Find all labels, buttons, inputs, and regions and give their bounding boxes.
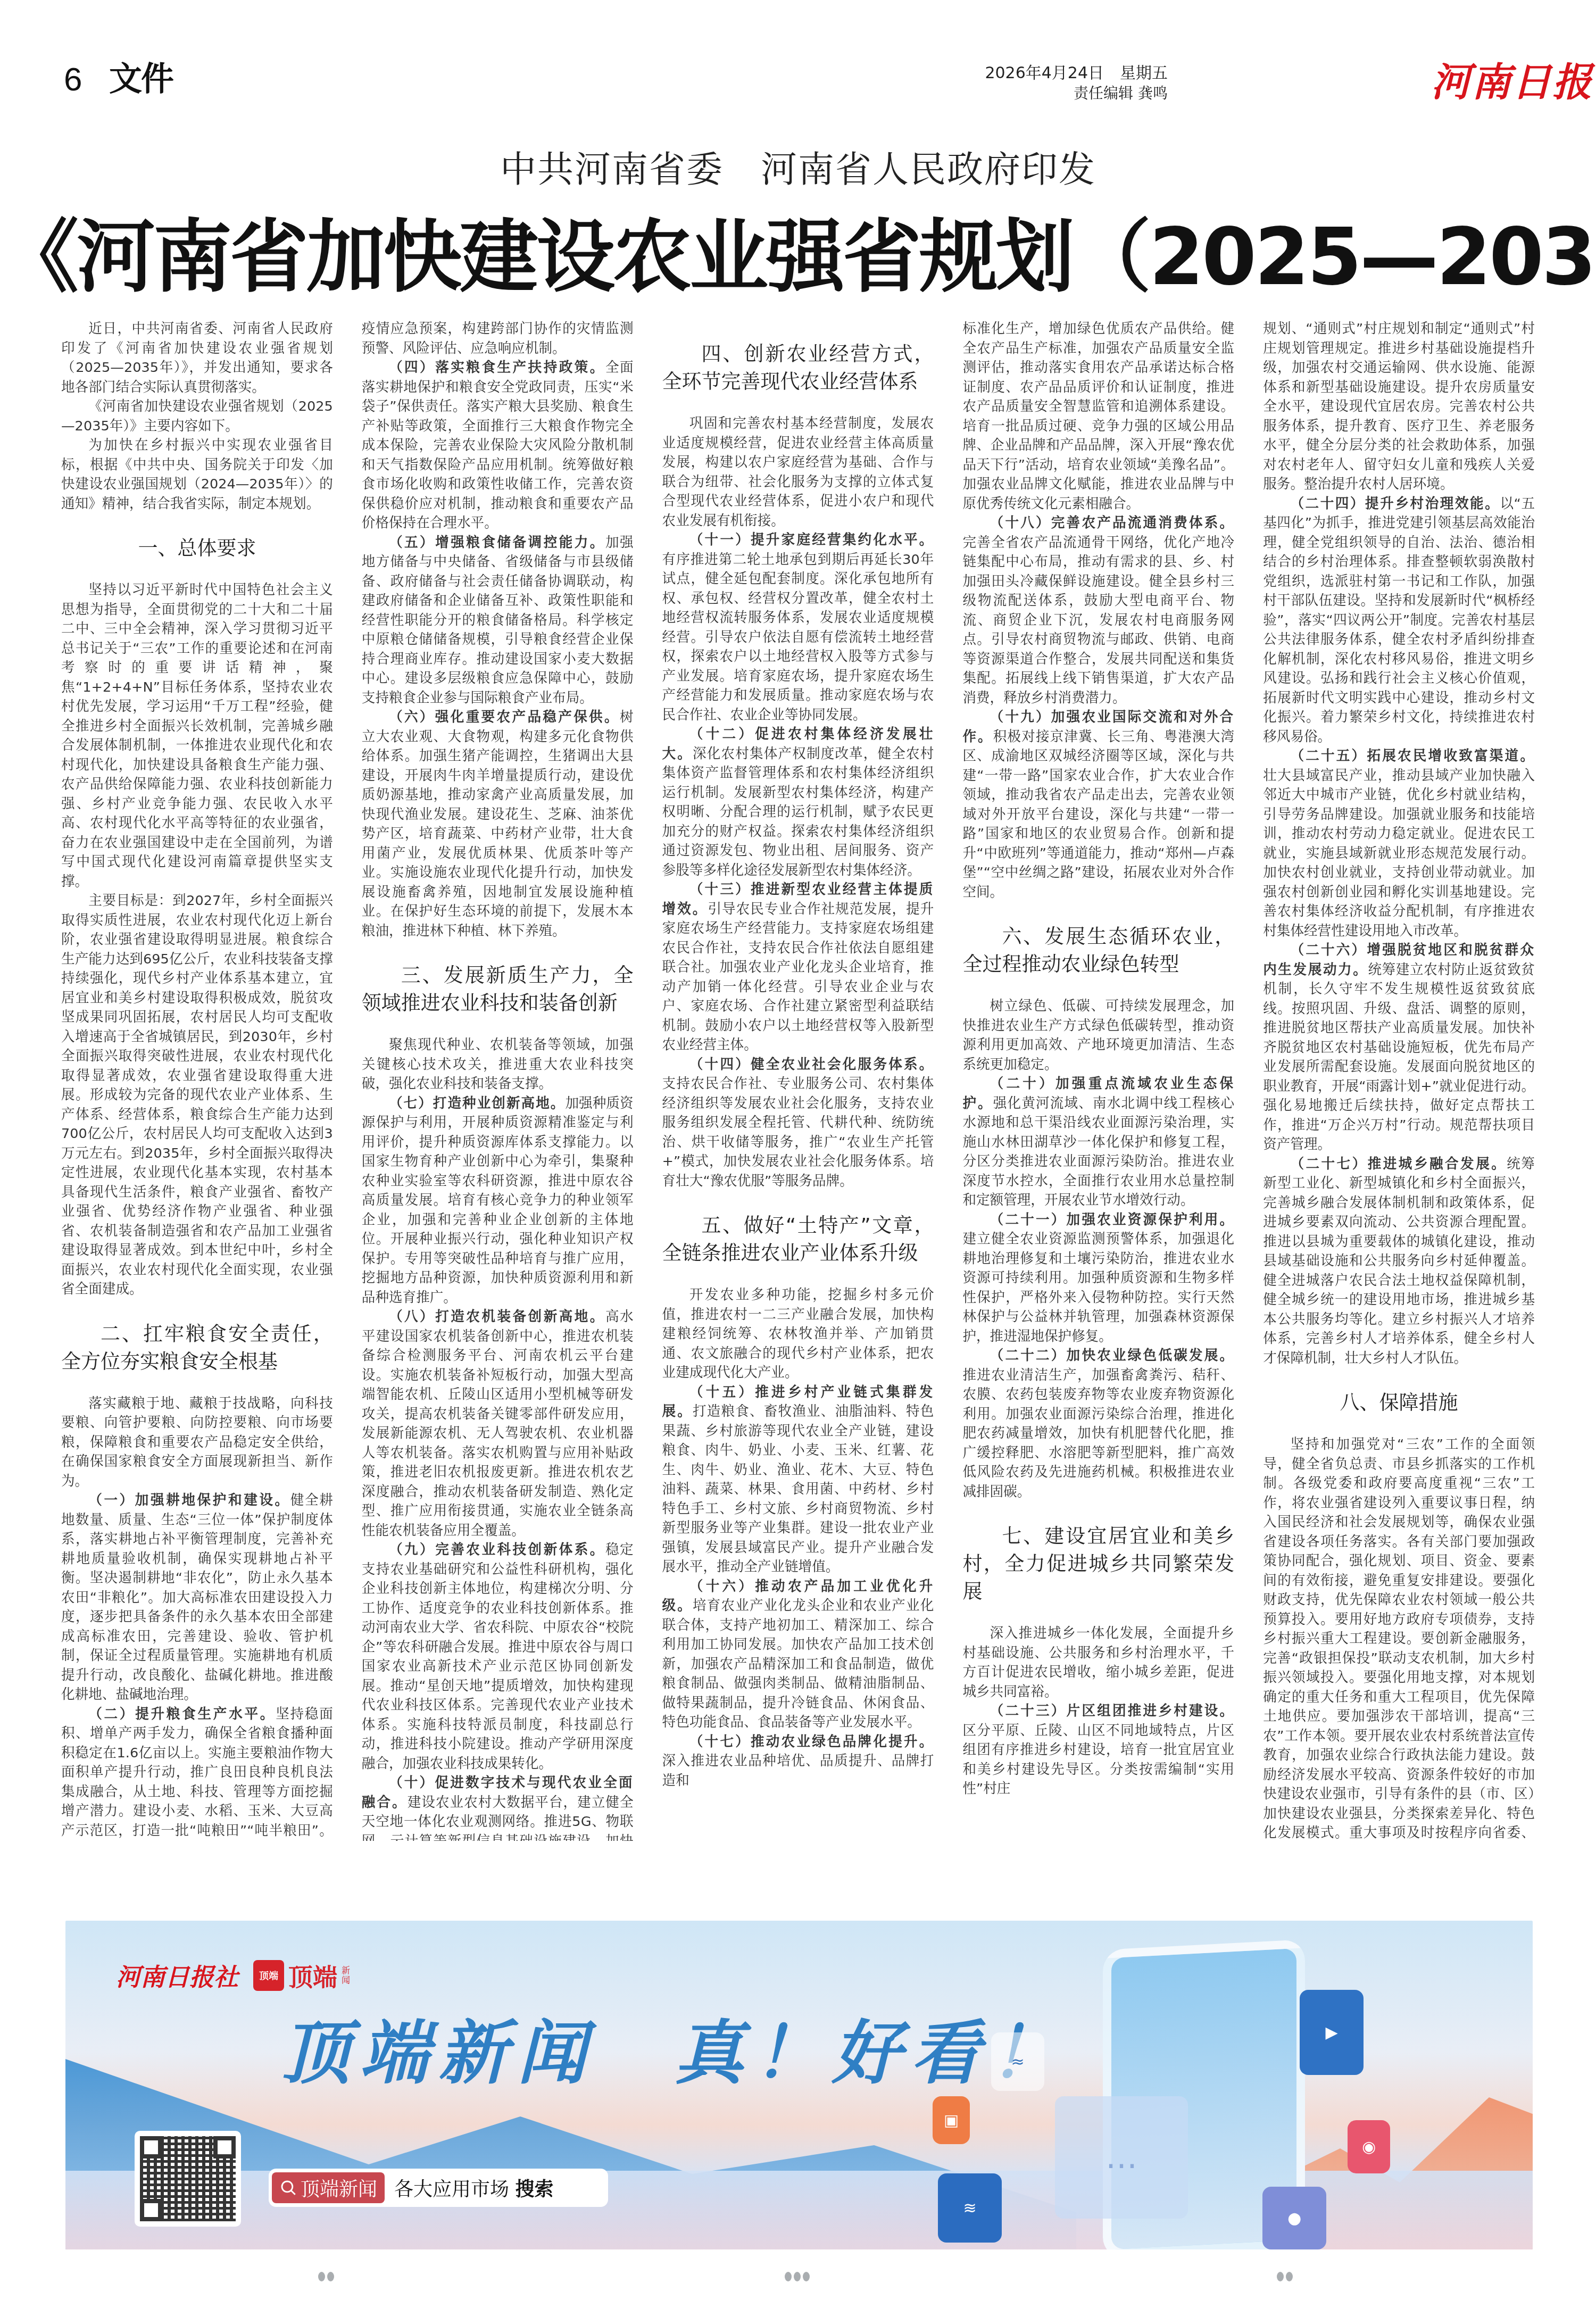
- search-icon: [279, 2179, 297, 2197]
- article-paragraph: 主要目标是：到2027年，乡村全面振兴取得实质性进展，农业农村现代化迈上新台阶，…: [61, 891, 333, 1299]
- app-name-suffix: 新闻: [342, 1966, 351, 1985]
- article-paragraph: （二十六）增强脱贫地区和脱贫群众内生发展动力。统筹建立农村防止返贫致贫机制，长久…: [1263, 941, 1535, 1155]
- article-paragraph: 《河南省加快建设农业强省规划（2025—2035年）》主要内容如下。: [61, 397, 333, 436]
- article-paragraph: （二十二）加快农业绿色低碳发展。推进农业清洁生产，加强畜禽粪污、秸秆、农膜、农药…: [962, 1346, 1234, 1501]
- subsection-title: （二十四）提升乡村治理效能。: [1290, 496, 1500, 512]
- article-paragraph: 巩固和完善农村基本经营制度，发展农业适度规模经营，促进农业经营主体高质量发展，构…: [662, 414, 934, 530]
- subsection-title: （一）加强耕地保护和建设。: [88, 1492, 290, 1508]
- article-paragraph: （二十三）片区组团推进乡村建设。区分平原、丘陵、山区不同地域特点，片区组团有序推…: [962, 1701, 1234, 1799]
- article-column-3: 四、创新农业经营方式，全环节完善现代农业经营体系巩固和完善农村基本经营制度，发展…: [662, 319, 934, 1841]
- play-icon: ▶: [1300, 1990, 1364, 2075]
- registration-mark: [318, 2272, 334, 2281]
- article-paragraph: 落实藏粮于地、藏粮于技战略，向科技要粮、向管护要粮、向防控要粮、向市场要粮，保障…: [61, 1394, 333, 1491]
- article-paragraph: （十七）推动农业绿色品牌化提升。深入推进农业品种培优、品质提升、品牌打造和: [662, 1732, 934, 1791]
- app-logo: 顶端 顶端 新闻: [253, 1958, 351, 1993]
- subsection-title: （四）落实粮食生产扶持政策。: [389, 360, 605, 376]
- wifi-icon: ≈: [991, 2032, 1044, 2091]
- app-store-search-bar[interactable]: 顶端新闻 各大应用市场 搜索: [269, 2169, 608, 2207]
- subsection-title: （二十一）加强农业资源保护利用。: [990, 1212, 1235, 1228]
- subsection-title: （十八）完善农产品流通消费体系。: [990, 515, 1235, 531]
- subsection-title: （十五）推进乡村产业链式集群发展。: [662, 1384, 934, 1420]
- article-paragraph: （二十五）拓展农民增收致富渠道。壮大县域富民产业，推动县域产业加快融入邻近大中城…: [1263, 746, 1535, 941]
- article-paragraph: 规划、“通则式”村庄规划和制定“通则式”村庄规划管理规定。推进乡村基础设施提档升…: [1263, 319, 1535, 494]
- qr-code[interactable]: [135, 2131, 241, 2227]
- article-paragraph: （十四）健全农业社会化服务体系。支持农民合作社、专业服务公司、农村集体经济组织等…: [662, 1055, 934, 1191]
- section-heading: 六、发展生态循环农业，全过程推动农业绿色转型: [962, 923, 1234, 978]
- article-paragraph: 树立绿色、低碳、可持续发展理念，加快推进农业生产方式绿色低碳转型，推动资源利用更…: [962, 997, 1234, 1074]
- article-paragraph: （十二）促进农村集体经济发展壮大。深化农村集体产权制度改革，健全农村集体资产监督…: [662, 725, 934, 880]
- subsection-title: （二）提升粮食生产水平。: [88, 1706, 276, 1722]
- registration-mark: [785, 2272, 810, 2281]
- article-paragraph: （二十）加强重点流域农业生态保护。强化黄河流域、南水北调中线工程核心水源地和总干…: [962, 1074, 1234, 1210]
- section-heading: 三、发展新质生产力，全领域推进农业科技和装备创新: [362, 962, 634, 1017]
- article-paragraph: （二）提升粮食生产水平。坚持稳面积、增单产两手发力，确保全省粮食播种面积稳定在1…: [61, 1705, 333, 1841]
- article-paragraph: 开发农业多种功能，挖掘乡村多元价值，推进农村一二三产业融合发展，加快构建粮经饲统…: [662, 1285, 934, 1383]
- subsection-title: （十九）加强农业国际交流和对外合作。: [962, 709, 1234, 745]
- subsection-title: （十六）推动农产品加工业优化升级。: [662, 1579, 934, 1614]
- article-paragraph: （四）落实粮食生产扶持政策。全面落实耕地保护和粮食安全党政同责，压实“米袋子”保…: [362, 358, 634, 533]
- qr-finder-icon: [140, 2199, 162, 2221]
- article-column-1: 近日，中共河南省委、河南省人民政府印发了《河南省加快建设农业强省规划（2025—…: [61, 319, 333, 1841]
- section-heading: 二、扛牢粮食安全责任，全方位夯实粮食安全根基: [61, 1321, 333, 1376]
- article-paragraph: 标准化生产，增加绿色优质农产品供给。健全农产品生产标准，加强农产品质量安全监测评…: [962, 319, 1234, 513]
- article-paragraph: （七）打造种业创新高地。加强种质资源保护与利用，开展种质资源精准鉴定与利用评价，…: [362, 1094, 634, 1308]
- app-icon: 顶端: [253, 1960, 284, 1991]
- subsection-title: （五）增强粮食储备调控能力。: [389, 535, 605, 551]
- subsection-title: （二十二）加快农业绿色低碳发展。: [990, 1348, 1235, 1364]
- publisher-logo: 河南日报社: [116, 1958, 238, 1993]
- responsible-editor: 责任编辑 龚鸣: [1074, 84, 1168, 103]
- subsection-title: （十二）促进农村集体经济发展壮大。: [662, 726, 934, 762]
- qr-finder-icon: [140, 2136, 162, 2158]
- newspaper-logo: 河南日报: [1431, 59, 1593, 106]
- section-heading: 一、总体要求: [61, 535, 333, 562]
- article-column-2: 疫情应急预案，构建跨部门协作的灾情监测预警、风险评估、应急响应机制。（四）落实粮…: [362, 319, 634, 1841]
- page-section-title: 文件: [109, 60, 173, 99]
- masthead: 6 文件 2026年4月24日 星期五 责任编辑 龚鸣 河南日报: [0, 0, 1596, 101]
- article-paragraph: （一）加强耕地保护和建设。健全耕地数量、质量、生态“三位一体”保护制度体系，落实…: [61, 1491, 333, 1705]
- subsection-title: （九）完善农业科技创新体系。: [389, 1542, 605, 1558]
- qr-code-pattern: [140, 2136, 236, 2221]
- search-app-button[interactable]: 顶端新闻: [272, 2172, 385, 2203]
- subsection-title: （二十五）拓展农民增收致富渠道。: [1290, 748, 1535, 764]
- location-icon: ◉: [1348, 2120, 1390, 2173]
- article-paragraph: （十六）推动农产品加工业优化升级。培育农业产业化龙头企业和农业产业化联合体，支持…: [662, 1577, 934, 1732]
- page-number: 6: [64, 61, 82, 98]
- subsection-title: （二十七）推进城乡融合发展。: [1290, 1156, 1507, 1172]
- article-body: 近日，中共河南省委、河南省人民政府印发了《河南省加快建设农业强省规划（2025—…: [61, 319, 1535, 1841]
- app-advertisement-banner[interactable]: 河南日报社 顶端 顶端 新闻 顶端新闻 真！好看！ 顶端新闻 各大应用市场 搜索…: [65, 1921, 1533, 2249]
- subsection-title: （八）打造农机装备创新高地。: [389, 1309, 605, 1325]
- article-paragraph: （十三）推进新型农业经营主体提质增效。引导农民专业合作社规范发展，提升家庭农场生…: [662, 880, 934, 1055]
- article-paragraph: （六）强化重要农产品稳产保供。树立大农业观、大食物观，构建多元化食物供给体系。加…: [362, 708, 634, 941]
- subsection-title: （十一）提升家庭经营集约化水平。: [689, 532, 934, 548]
- search-action-text: 搜索: [515, 2179, 553, 2201]
- article-column-4: 标准化生产，增加绿色优质农产品供给。健全农产品生产标准，加强农产品质量安全监测评…: [962, 319, 1234, 1841]
- article-paragraph: 疫情应急预案，构建跨部门协作的灾情监测预警、风险评估、应急响应机制。: [362, 319, 634, 358]
- issue-date: 2026年4月24日 星期五: [985, 63, 1168, 84]
- article-paragraph: （二十一）加强农业资源保护利用。建立健全农业资源监测预警体系，加强退化耕地治理修…: [962, 1210, 1234, 1347]
- subsection-title: （六）强化重要农产品稳产保供。: [389, 709, 620, 725]
- article-paragraph: （二十四）提升乡村治理效能。以“五基四化”为抓手，推进党建引领基层高效能治理，健…: [1263, 494, 1535, 747]
- subsection-title: （十七）推动农业绿色品牌化提升。: [689, 1734, 934, 1750]
- article-paragraph: （五）增强粮食储备调控能力。加强地方储备与中央储备、省级储备与市县级储备、政府储…: [362, 533, 634, 708]
- app-name: 顶端: [288, 1958, 337, 1993]
- search-hint: 各大应用市场 搜索: [394, 2174, 553, 2202]
- book-icon: ▣: [933, 2096, 970, 2144]
- section-heading: 八、保障措施: [1263, 1389, 1535, 1417]
- section-heading: 五、做好“土特产”文章，全链条推进农业产业体系升级: [662, 1212, 934, 1267]
- article-paragraph: 为加快在乡村振兴中实现农业强省目标，根据《中共中央、国务院关于印发〈加快建设农业…: [61, 436, 333, 513]
- article-paragraph: 坚持和加强党对“三农”工作的全面领导，健全省负总责、市县乡抓落实的工作机制。各级…: [1263, 1435, 1535, 1841]
- news-chart-icon: ≋: [938, 2173, 1002, 2243]
- search-app-label: 顶端新闻: [301, 2174, 377, 2202]
- search-hint-text: 各大应用市场: [394, 2179, 509, 2201]
- article-paragraph: （十）促进数字技术与现代农业全面融合。建设农业农村大数据平台，建立健全天空地一体…: [362, 1773, 634, 1841]
- headline-title: 《河南省加快建设农业强省规划（2025—2035年）》: [0, 206, 1596, 308]
- section-heading: 四、创新农业经营方式，全环节完善现代农业经营体系: [662, 341, 934, 396]
- subsection-title: （七）打造种业创新高地。: [389, 1095, 566, 1111]
- article-paragraph: （十八）完善农产品流通消费体系。完善全省农产品流通骨干网络，优化产地冷链集配中心…: [962, 513, 1234, 708]
- article-paragraph: 深入推进城乡一体化发展，全面提升乡村基础设施、公共服务和乡村治理水平，千方百计促…: [962, 1624, 1234, 1701]
- article-paragraph: （八）打造农机装备创新高地。高水平建设国家农机装备创新中心，推进农机装备综合检测…: [362, 1307, 634, 1540]
- qr-finder-icon: [213, 2136, 236, 2158]
- headline-subtitle: 中共河南省委 河南省人民政府印发: [0, 146, 1596, 194]
- subsection-title: （十四）健全农业社会化服务体系。: [689, 1057, 934, 1073]
- section-heading: 七、建设宜居宜业和美乡村，全力促进城乡共同繁荣发展: [962, 1523, 1234, 1606]
- subsection-title: （十三）推进新型农业经营主体提质增效。: [662, 882, 934, 917]
- ad-slogan: 顶端新闻 真！好看！: [281, 1998, 1068, 2097]
- registration-mark: [1277, 2272, 1293, 2281]
- article-paragraph: （九）完善农业科技创新体系。稳定支持农业基础研究和公益性科研机构，强化企业科技创…: [362, 1540, 634, 1773]
- article-paragraph: 坚持以习近平新时代中国特色社会主义思想为指导，全面贯彻党的二十大和二十届二中、三…: [61, 580, 333, 891]
- article-paragraph: （十九）加强农业国际交流和对外合作。积极对接京津冀、长三角、粤港澳大湾区、成渝地…: [962, 708, 1234, 902]
- article-paragraph: （二十七）推进城乡融合发展。统筹新型工业化、新型城镇化和乡村全面振兴，完善城乡融…: [1263, 1155, 1535, 1368]
- article-paragraph: 近日，中共河南省委、河南省人民政府印发了《河南省加快建设农业强省规划（2025—…: [61, 319, 333, 397]
- chat-bubble-icon: …: [1055, 2096, 1188, 2219]
- article-column-5: 规划、“通则式”村庄规划和制定“通则式”村庄规划管理规定。推进乡村基础设施提档升…: [1263, 319, 1535, 1841]
- ad-brand-row: 河南日报社 顶端 顶端 新闻: [116, 1958, 351, 1993]
- subsection-title: （二十）加强重点流域农业生态保护。: [962, 1076, 1234, 1111]
- subsection-title: （二十六）增强脱贫地区和脱贫群众内生发展动力。: [1263, 942, 1535, 978]
- article-paragraph: （十一）提升家庭经营集约化水平。有序推进第二轮土地承包到期后再延长30年试点，健…: [662, 530, 934, 725]
- subsection-title: （十）促进数字技术与现代农业全面融合。: [362, 1775, 634, 1811]
- user-icon: ●: [1262, 2187, 1326, 2249]
- article-paragraph: （十五）推进乡村产业链式集群发展。打造粮食、畜牧渔业、油脂油料、特色果蔬、乡村旅…: [662, 1383, 934, 1577]
- article-paragraph: 聚焦现代种业、农机装备等领域，加强关键核心技术攻关，推进重大农业科技突破，强化农…: [362, 1035, 634, 1094]
- subsection-title: （二十三）片区组团推进乡村建设。: [990, 1703, 1235, 1719]
